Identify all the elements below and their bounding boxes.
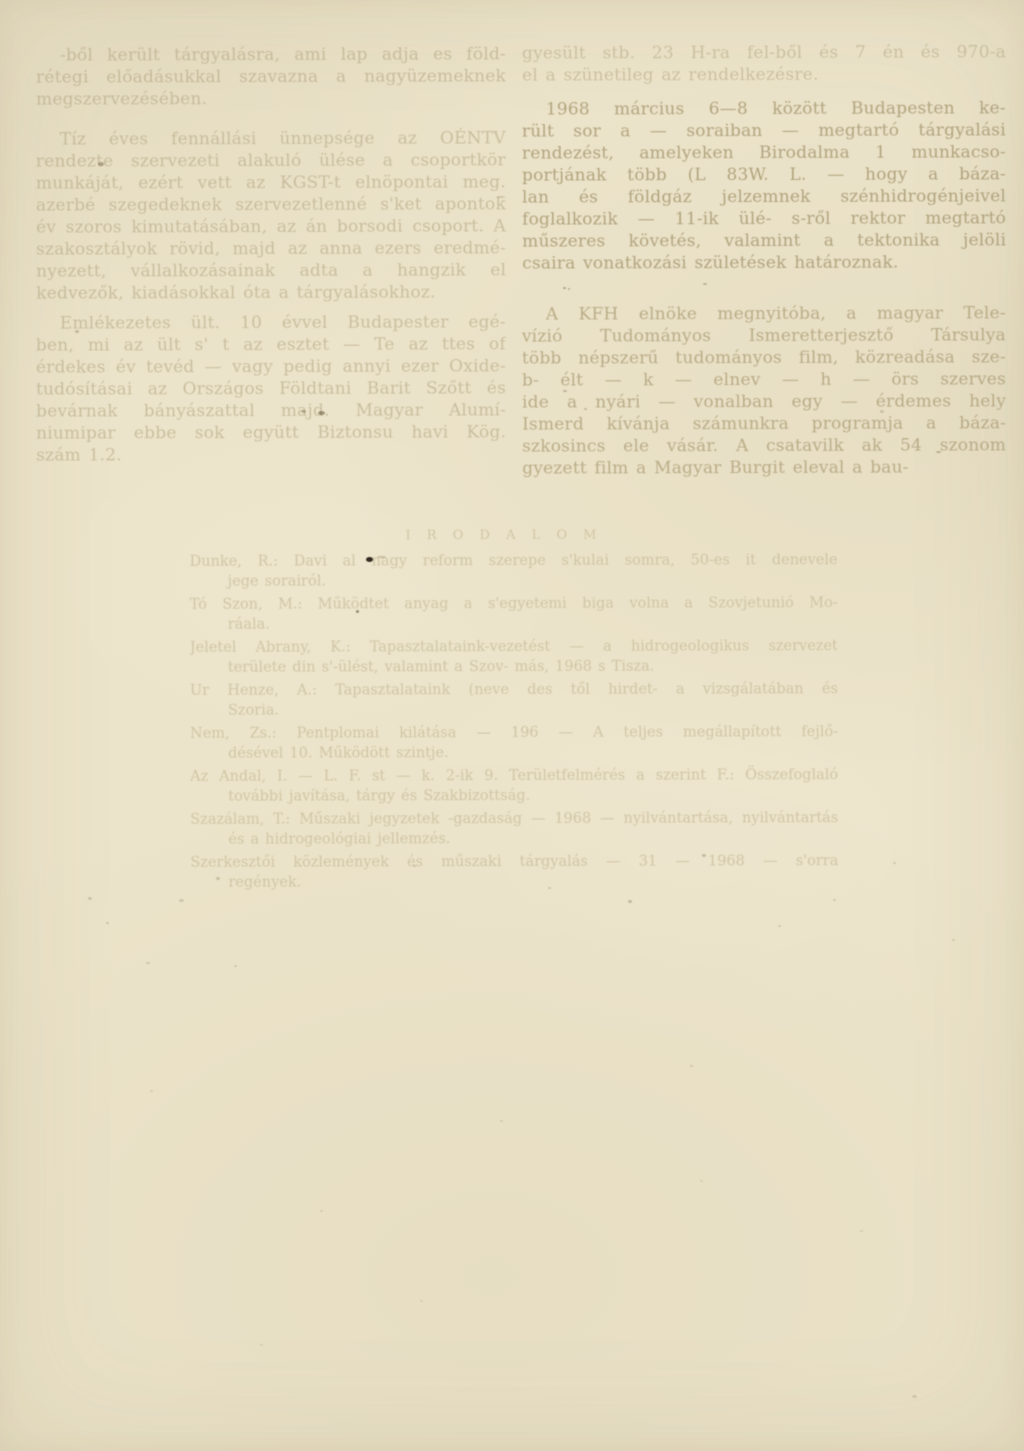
text-line: -ből került tárgyalásra, ami lap adja es… <box>36 43 506 66</box>
text-line: foglalkozik — 11-ik ülé- s-ről rektor me… <box>522 207 1006 230</box>
bibliography-entry: Ur Henze, A.: Tapasztalataink (neve des … <box>190 679 838 721</box>
ink-speck <box>150 1090 153 1092</box>
text-line: kedvezők, kiadásokkal óta a tárgyalásokh… <box>36 281 506 304</box>
text-line: Dunke, R.: Davi al nagy reform szerepe s… <box>190 550 838 572</box>
text-line: Tíz éves fennállási ünnepsége az OÉNTV <box>36 127 506 150</box>
text-line: azerbé szegedeknek szervezetlenné s'ket … <box>36 193 506 216</box>
bibliography-entry: Dunke, R.: Davi al nagy reform szerepe s… <box>190 550 838 592</box>
ink-speck <box>778 925 781 927</box>
ink-speck <box>912 1395 917 1398</box>
text-line: csaira vonatkozási születések határoznak… <box>522 251 1006 274</box>
left-column-paragraph-2: Tíz éves fennállási ünnepsége az OÉNTVre… <box>36 127 506 304</box>
right-column-paragraph-1: gyesült stb. 23 H-ra fel-ből és 7 én és … <box>522 41 1006 86</box>
text-line: Szazálam, T.: Műszaki jegyzetek -gazdasá… <box>190 808 838 830</box>
text-line: ben, mi az ült s' t az esztet — Te az tt… <box>36 333 506 356</box>
text-line: Tó Szon, M.: Működtet anyag a s'egyetemi… <box>190 593 838 615</box>
ink-speck <box>500 1120 503 1122</box>
text-line: területe din s'-ülést, valamint a Szov- … <box>190 656 838 678</box>
text-line: portjának több (L 83W. L. — hogy a báza- <box>522 163 1006 186</box>
text-line: b- élt — k — elnev — h — örs szerves <box>522 368 1006 391</box>
text-line: műszeres követés, valamint a tektonika j… <box>522 229 1006 252</box>
text-line: jege sorairól. <box>190 570 838 592</box>
ink-speck <box>234 965 237 967</box>
text-line: Szoria. <box>190 699 838 721</box>
text-line: szám 1.2. <box>36 443 506 466</box>
text-line: niumipar ebbe sok együtt Biztonsu havi K… <box>36 421 506 444</box>
text-line: rendezést, amelyeken Birodalma 1 munkacs… <box>522 141 1006 164</box>
bibliography-entry: Jeletel Abrany, K.: Tapasztalataink-veze… <box>190 636 838 678</box>
text-line: tudósításai az Országos Földtani Barit S… <box>36 377 506 400</box>
ink-speck <box>690 1065 693 1067</box>
text-line: Ismerd kívánja számunkra programja a báz… <box>522 412 1006 435</box>
bibliography-entry: Szerkesztői közlemények és műszaki tárgy… <box>190 851 838 893</box>
text-line: désével 10. Működött szintje. <box>190 742 838 764</box>
text-line: rétegi előadásukkal szavazna a nagyüzeme… <box>36 65 506 88</box>
text-line: Az Andal, I. — L. F. st — k. 2-ik 9. Ter… <box>190 765 838 787</box>
ink-speck <box>568 288 570 290</box>
text-line: vízió Tudományos Ismeretterjesztő Társul… <box>522 324 1006 347</box>
right-column-paragraph-2: 1968 március 6—8 között Budapesten ke-rü… <box>522 97 1006 274</box>
text-line: el a szünetileg az rendelkezésre. <box>522 63 1006 86</box>
text-line: érdekes év tevéd — vagy pedig annyi ezer… <box>36 355 506 378</box>
text-line: több népszerű tudományos film, közreadás… <box>522 346 1006 369</box>
text-line: további javítása, tárgy és Szakbizottság… <box>190 785 838 807</box>
ink-speck <box>703 283 707 285</box>
ink-speck <box>860 1230 863 1232</box>
text-line: Szerkesztői közlemények és műszaki tárgy… <box>190 851 838 873</box>
text-line: szkosincs ele vásár. A csatavilk ak 54 s… <box>522 434 1006 457</box>
ink-speck <box>893 862 896 864</box>
text-line: 1968 március 6—8 között Budapesten ke- <box>522 97 1006 120</box>
text-line: Jeletel Abrany, K.: Tapasztalataink-veze… <box>190 636 838 658</box>
bibliography-entry: Tó Szon, M.: Működtet anyag a s'egyetemi… <box>190 593 838 635</box>
text-line: szakosztályok rövid, majd az anna ezers … <box>36 237 506 260</box>
ink-speck <box>146 962 150 964</box>
text-line: megszervezésében. <box>36 87 506 110</box>
text-line: bevárnak bányászattal majd. Magyar Alumí… <box>36 399 506 422</box>
text-line: gyesült stb. 23 H-ra fel-ből és 7 én és … <box>522 41 1006 64</box>
ink-speck <box>833 899 836 901</box>
ink-speck <box>179 899 184 902</box>
left-column-paragraph-3: Emlékezetes ült. 10 évvel Budapester egé… <box>36 311 506 466</box>
text-line: regények. <box>190 871 838 893</box>
text-line: gyezett film a Magyar Burgit eleval a ba… <box>522 456 1006 479</box>
text-line: ide a nyári — vonalban egy — érdemes hel… <box>522 390 1006 413</box>
bibliography-entry: Nem, Zs.: Pentplomai kilátása — 196 — A … <box>190 722 838 764</box>
text-line: ráala. <box>190 613 838 635</box>
ink-speck <box>952 939 955 941</box>
ink-speck <box>88 897 92 900</box>
right-column-paragraph-3: A KFH elnöke megnyitóba, a magyar Tele-v… <box>522 302 1006 479</box>
ink-speck <box>320 1210 323 1212</box>
text-line: rendezte szervezeti alakuló ülése a csop… <box>36 149 506 172</box>
ink-speck <box>563 287 566 289</box>
text-line: Emlékezetes ült. 10 évvel Budapester egé… <box>36 311 506 334</box>
bibliography-heading: I R O D A L O M <box>170 527 838 544</box>
ink-speck <box>700 1180 703 1182</box>
bibliography-list: Dunke, R.: Davi al nagy reform szerepe s… <box>190 550 839 896</box>
scanned-page: { "paper": { "background_color": "#ece4c… <box>0 0 1024 1451</box>
ink-speck <box>420 1300 423 1302</box>
bibliography-entry: Az Andal, I. — L. F. st — k. 2-ik 9. Ter… <box>190 765 838 807</box>
text-line: A KFH elnöke megnyitóba, a magyar Tele- <box>522 302 1006 325</box>
text-line: munkáját, ezért vett az KGST-t elnöponta… <box>36 171 506 194</box>
ink-speck <box>106 922 109 924</box>
text-line: Ur Henze, A.: Tapasztalataink (neve des … <box>190 679 838 701</box>
text-line: Nem, Zs.: Pentplomai kilátása — 196 — A … <box>190 722 838 744</box>
bibliography-entry: Szazálam, T.: Műszaki jegyzetek -gazdasá… <box>190 808 838 850</box>
text-line: és a hidrogeológiai jellemzés. <box>190 828 838 850</box>
ink-speck <box>260 1344 263 1346</box>
text-line: nyezett, vállalkozásainak adta a hangzik… <box>36 259 506 282</box>
left-column-paragraph-1: -ből került tárgyalásra, ami lap adja es… <box>36 43 506 110</box>
text-line: év szoros kimutatásában, az án borsodi c… <box>36 215 506 238</box>
text-line: rült sor a — soraiban — megtartó tárgyal… <box>522 119 1006 142</box>
ink-speck <box>628 900 632 903</box>
text-line: lan és földgáz jelzemnek szénhidrogénjei… <box>522 185 1006 208</box>
